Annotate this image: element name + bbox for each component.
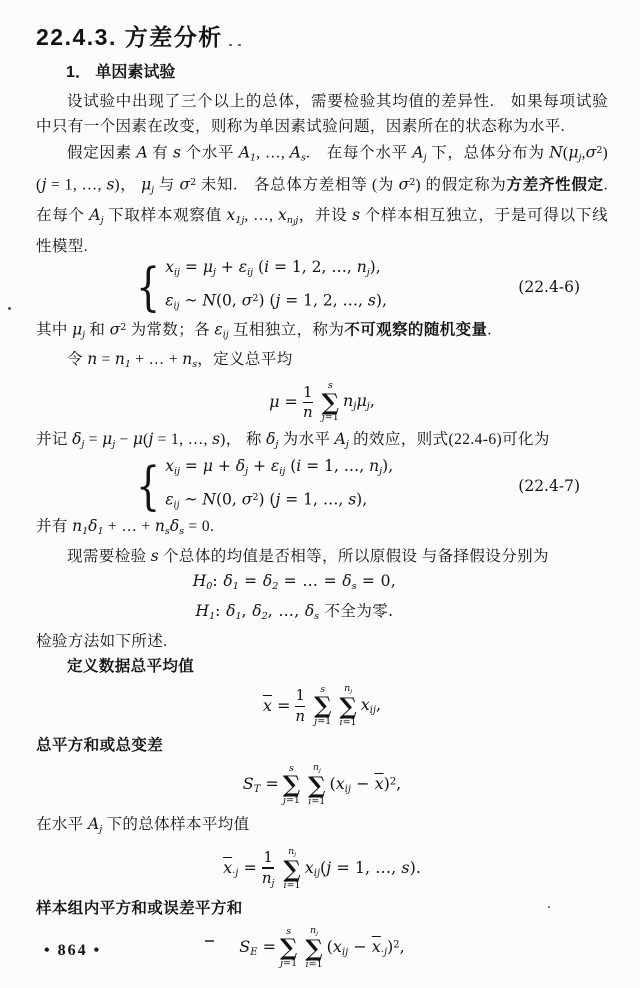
left-brace: {	[136, 257, 160, 316]
sigma-symbol: ∑	[305, 938, 322, 960]
scan-artifact	[8, 307, 11, 310]
equation-total-ss: ST = s ∑ j=1 nj ∑ i=1 (xij − x)2,	[36, 758, 608, 812]
page-number: • 864 •	[44, 942, 101, 960]
summation: s ∑ j=1	[283, 764, 300, 807]
equation-lhs: μ =	[269, 394, 298, 410]
summation: nj ∑ i=1	[305, 926, 322, 970]
summation: nj ∑ i=1	[308, 763, 325, 807]
sigma-symbol: ∑	[339, 696, 356, 718]
equation-total-mean: μ = 1 n s ∑ j=1 njμj,	[36, 377, 608, 427]
heading-grand-mean: 定义数据总平均值	[36, 654, 608, 679]
fraction: 1 n	[295, 687, 305, 725]
heading-total-sum-of-squares: 总平方和或总变差	[36, 733, 608, 758]
fraction: 1 n	[303, 384, 313, 422]
sigma-symbol: ∑	[283, 859, 300, 881]
paragraph-method: 检验方法如下所述.	[36, 629, 608, 654]
alternative-hypothesis: H1: δ1, δ2, …, δs 不全为零.	[36, 599, 608, 629]
paragraph-let-n: 令 n = n1 + … + ns，定义总平均	[36, 347, 608, 377]
equation-lhs: x·j =	[223, 860, 257, 879]
equation-number: (22.4-7)	[518, 477, 580, 495]
paragraph-constants: 其中 μj 和 σ2 为常数；各 εij 互相独立，称为不可观察的随机变量.	[36, 315, 608, 347]
equation-number: (22.4-6)	[518, 278, 580, 296]
sigma-symbol: ∑	[308, 775, 325, 797]
equation-rhs: njμj,	[343, 393, 375, 412]
paragraph-hypotheses-intro: 现需要检验 s 个总体的均值是否相等，所以原假设 与备择假设分别为	[36, 544, 608, 569]
equation-lhs: ST =	[243, 776, 279, 795]
page-content: 22.4.3. 方差分析 1． 单因素试验 设试验中出现了三个以上的总体，需要检…	[36, 22, 608, 975]
scanned-textbook-page: 22.4.3. 方差分析 1． 单因素试验 设试验中出现了三个以上的总体，需要检…	[0, 0, 640, 988]
equation-22-4-7: { xij = μ + δj + εij (i = 1, …, nj), εij…	[36, 458, 608, 514]
sigma-symbol: ∑	[283, 774, 300, 796]
heading-within-group-ss: 样本组内平方和或误差平方和	[36, 896, 608, 921]
paragraph-level-mean: 在水平 Aj 下的总体样本平均值	[36, 812, 608, 842]
summation: s ∑ j=1	[322, 381, 339, 424]
sigma-symbol: ∑	[314, 695, 331, 717]
equation-level-mean: x·j = 1 nj nj ∑ i=1 xij(j = 1, …, s).	[36, 842, 608, 896]
equation-error-ss: SE = s ∑ j=1 nj ∑ i=1 (xij − x·j)2,	[36, 921, 608, 975]
sigma-symbol: ∑	[280, 937, 297, 959]
paragraph-assumption: 假定因素 A 有 s 个水平 A1, …, As. 在每个水平 Aj 下，总体分…	[36, 139, 608, 259]
equation-line: xij = μ + δj + εij (i = 1, …, nj),	[165, 453, 393, 485]
equation-rhs: xij,	[361, 697, 381, 716]
summation: s ∑ j=1	[280, 927, 297, 970]
left-brace: {	[136, 456, 160, 515]
equation-line: xij = μj + εij (i = 1, 2, …, nj),	[165, 254, 387, 286]
equation-rhs: (xij − x)2,	[329, 776, 401, 795]
equation-lhs: SE =	[239, 939, 276, 958]
sigma-symbol: ∑	[322, 392, 339, 414]
paragraph-intro: 设试验中出现了三个以上的总体，需要检验其均值的差异性. 如果每项试验中只有一个因…	[36, 90, 608, 139]
summation: nj ∑ i=1	[283, 847, 300, 891]
summation: nj ∑ i=1	[339, 684, 356, 728]
equation-rhs: (xij − x·j)2,	[327, 939, 405, 958]
fraction: 1 nj	[262, 849, 275, 889]
summation: s ∑ j=1	[314, 685, 331, 728]
equation-lhs: x =	[263, 698, 291, 714]
equation-grand-mean: x = 1 n s ∑ j=1 nj ∑ i=1 xij,	[36, 679, 608, 733]
null-hypothesis: H0: δ1 = δ2 = … = δs = 0,	[36, 569, 608, 599]
equation-rhs: xij(j = 1, …, s).	[305, 860, 421, 879]
subsection-title: 1． 单因素试验	[66, 62, 608, 84]
equation-22-4-6: { xij = μj + εij (i = 1, 2, …, nj), εij …	[36, 259, 608, 315]
section-title: 22.4.3. 方差分析	[36, 22, 608, 52]
